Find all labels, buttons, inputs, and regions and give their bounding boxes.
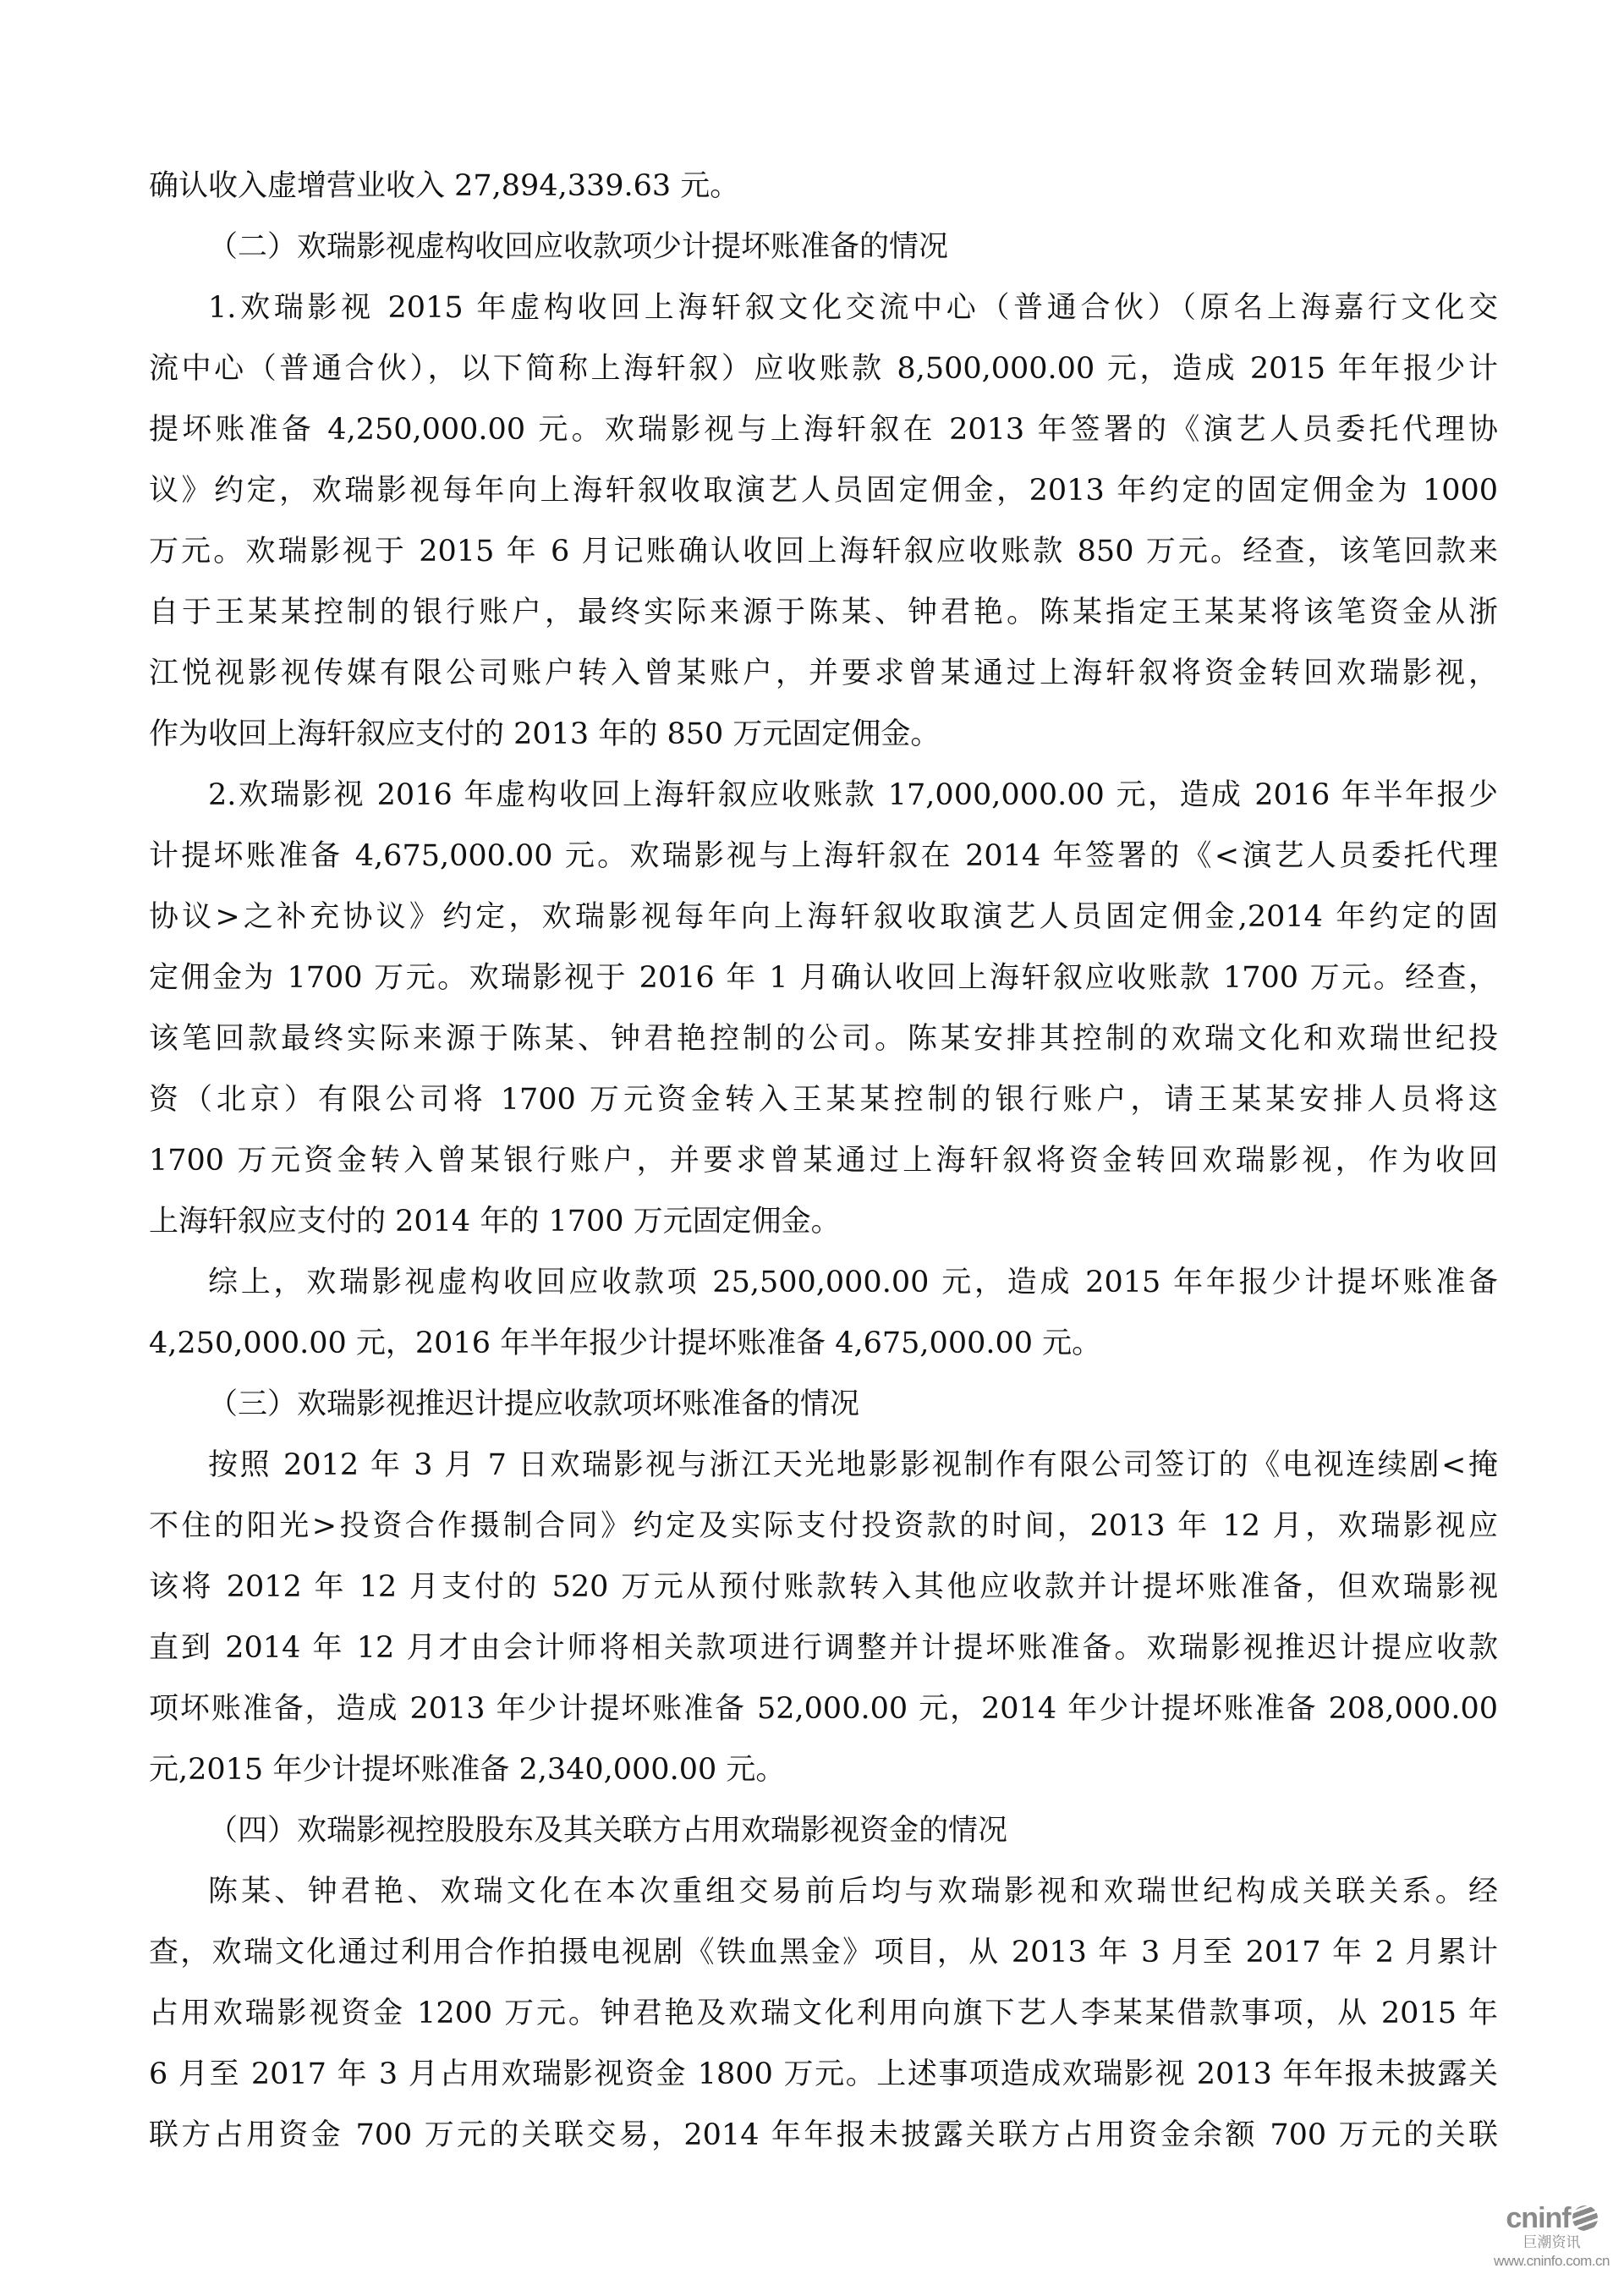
text-line: 项坏账准备，造成 2013 年少计提坏账准备 52,000.00 元，2014 …	[149, 1692, 1498, 1726]
text-line: 该笔回款最终实际来源于陈某、钟君艳控制的公司。陈某安排其控制的欢瑞文化和欢瑞世纪…	[149, 1022, 1498, 1056]
section-heading-4: （四）欢瑞影视控股股东及其关联方占用欢瑞影视资金的情况	[208, 1814, 1557, 1848]
brand-url: www.cninfo.com.cn	[1482, 2252, 1621, 2271]
text-line: 不住的阳光>投资合作摄制合同》约定及实际支付投资款的时间，2013 年 12 月…	[149, 1509, 1498, 1543]
text-line: 4,250,000.00 元，2016 年半年报少计提坏账准备 4,675,00…	[149, 1327, 1498, 1360]
text-line: 确认收入虚增营业收入 27,894,339.63 元。	[149, 169, 1498, 203]
text-line: 直到 2014 年 12 月才由会计师将相关款项进行调整并计提坏账准备。欢瑞影视…	[149, 1631, 1498, 1665]
text-line: 综上，欢瑞影视虚构收回应收款项 25,500,000.00 元，造成 2015 …	[208, 1266, 1498, 1299]
text-line: 议》约定，欢瑞影视每年向上海轩叙收取演艺人员固定佣金，2013 年约定的固定佣金…	[149, 474, 1498, 508]
cninfo-swirl-icon	[1572, 2205, 1598, 2231]
text-line: 查，欢瑞文化通过利用合作拍摄电视剧《铁血黑金》项目，从 2013 年 3 月至 …	[149, 1936, 1498, 1969]
text-line: 陈某、钟君艳、欢瑞文化在本次重组交易前后均与欢瑞影视和欢瑞世纪构成关联关系。经	[208, 1875, 1498, 1909]
text-line: 2.欢瑞影视 2016 年虚构收回上海轩叙应收账款 17,000,000.00 …	[208, 778, 1498, 812]
text-line: 6 月至 2017 年 3 月占用欢瑞影视资金 1800 万元。上述事项造成欢瑞…	[149, 2057, 1498, 2091]
document-page: 确认收入虚增营业收入 27,894,339.63 元。 （二）欢瑞影视虚构收回应…	[0, 0, 1624, 2296]
brand-text: cninf	[1506, 2202, 1570, 2234]
section-heading-3: （三）欢瑞影视推迟计提应收款项坏账准备的情况	[208, 1387, 1557, 1421]
text-line: 该将 2012 年 12 月支付的 520 万元从预付账款转入其他应收款并计提坏…	[149, 1570, 1498, 1604]
brand-name-cn: 巨潮资讯	[1482, 2233, 1621, 2252]
cninfo-brand: cninf	[1482, 2203, 1621, 2233]
text-line: 定佣金为 1700 万元。欢瑞影视于 2016 年 1 月确认收回上海轩叙应收账…	[149, 961, 1498, 995]
text-line: 占用欢瑞影视资金 1200 万元。钟君艳及欢瑞文化利用向旗下艺人李某某借款事项，…	[149, 1997, 1498, 2030]
text-line: 作为收回上海轩叙应支付的 2013 年的 850 万元固定佣金。	[149, 717, 1498, 751]
text-line: 自于王某某控制的银行账户，最终实际来源于陈某、钟君艳。陈某指定王某某将该笔资金从…	[149, 596, 1498, 629]
text-line: 计提坏账准备 4,675,000.00 元。欢瑞影视与上海轩叙在 2014 年签…	[149, 839, 1498, 873]
text-line: 万元。欢瑞影视于 2015 年 6 月记账确认收回上海轩叙应收账款 850 万元…	[149, 535, 1498, 569]
text-line: 江悦视影视传媒有限公司账户转入曾某账户，并要求曾某通过上海轩叙将资金转回欢瑞影视…	[149, 656, 1498, 690]
text-line: 按照 2012 年 3 月 7 日欢瑞影视与浙江天光地影影视制作有限公司签订的《…	[208, 1448, 1498, 1482]
text-line: 元,2015 年少计提坏账准备 2,340,000.00 元。	[149, 1753, 1498, 1787]
text-line: 联方占用资金 700 万元的关联交易，2014 年年报未披露关联方占用资金余额 …	[149, 2118, 1498, 2152]
cninfo-watermark: cninf 巨潮资讯 www.cninfo.com.cn	[1482, 2203, 1621, 2288]
text-line: 资（北京）有限公司将 1700 万元资金转入王某某控制的银行账户，请王某某安排人…	[149, 1083, 1498, 1117]
section-heading-2: （二）欢瑞影视虚构收回应收款项少计提坏账准备的情况	[208, 230, 1557, 264]
text-line: 流中心（普通合伙），以下简称上海轩叙）应收账款 8,500,000.00 元，造…	[149, 352, 1498, 386]
text-line: 1700 万元资金转入曾某银行账户，并要求曾某通过上海轩叙将资金转回欢瑞影视，作…	[149, 1144, 1498, 1178]
text-line: 协议>之补充协议》约定，欢瑞影视每年向上海轩叙收取演艺人员固定佣金,2014 年…	[149, 900, 1498, 934]
text-line: 提坏账准备 4,250,000.00 元。欢瑞影视与上海轩叙在 2013 年签署…	[149, 413, 1498, 447]
text-line: 上海轩叙应支付的 2014 年的 1700 万元固定佣金。	[149, 1205, 1498, 1239]
text-line: 1.欢瑞影视 2015 年虚构收回上海轩叙文化交流中心（普通合伙）（原名上海嘉行…	[208, 291, 1498, 325]
